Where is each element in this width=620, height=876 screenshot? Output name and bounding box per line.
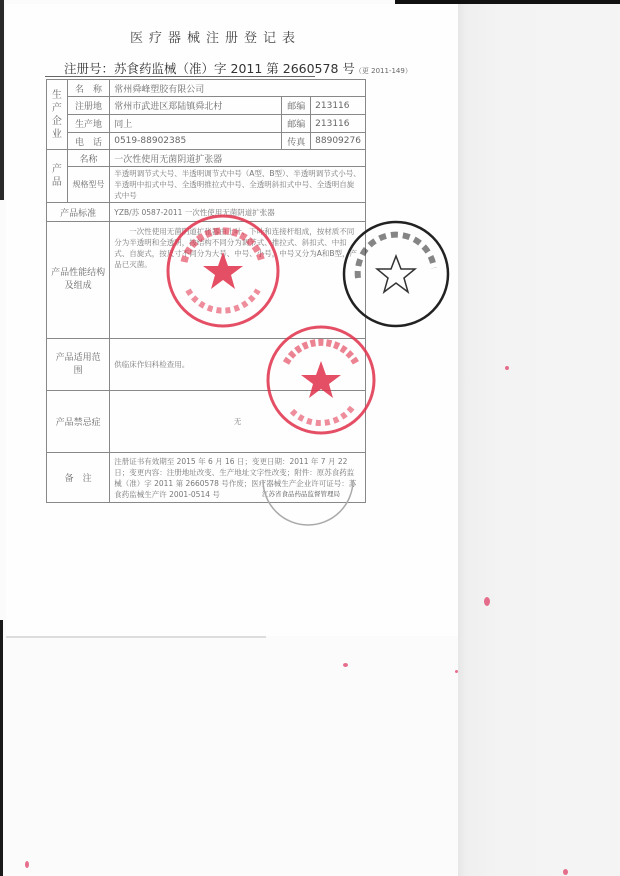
scope-value: 供临床作妇科检查用。 (110, 339, 366, 391)
reg-address: 常州市武进区郑陆镇舜北村 (110, 97, 282, 115)
name-label: 名 称 (67, 80, 109, 97)
phone: 0519-88902385 (110, 133, 282, 150)
postcode1: 213116 (311, 97, 366, 115)
registration-table: 生产企业 名 称 常州舜峰塑胶有限公司 注册地 常州市武进区郑陆镇舜北村 邮编 … (46, 79, 366, 503)
product-name: 一次性使用无菌阴道扩张器 (110, 150, 366, 167)
table-row: 产品性能结构及组成 一次性使用无菌阴道扩张器由上叶、下叶和连接杆组成，按材质不同… (47, 222, 366, 339)
table-row: 生产企业 名 称 常州舜峰塑胶有限公司 (47, 80, 366, 97)
ink-speck (563, 869, 568, 875)
table-row: 规格型号 半透明调节式大号、半透明调节式中号（A型、B型）、半透明调节式小号、半… (47, 167, 366, 203)
table-row: 产品适用范 围 供临床作妇科检查用。 (47, 339, 366, 391)
table-row: 产品禁忌症 无 (47, 391, 366, 453)
product-section-label: 产品 (47, 150, 68, 203)
structure-label: 产品性能结构及组成 (47, 222, 110, 339)
ink-speck (455, 670, 458, 673)
scope-label: 产品适用范 围 (47, 339, 110, 391)
table-row: 注册地 常州市武进区郑陆镇舜北村 邮编 213116 (47, 97, 366, 115)
contraindication-label: 产品禁忌症 (47, 391, 110, 453)
registration-note: （更 2011-149） (355, 67, 412, 75)
table-row: 产品 名称 一次性使用无菌阴道扩张器 (47, 150, 366, 167)
manufacturer-section-label: 生产企业 (47, 80, 68, 150)
ink-speck (505, 366, 509, 370)
page-title: 医疗器械注册登记表 (130, 27, 301, 46)
scanner-edge-left (0, 0, 4, 200)
postcode2-label: 邮编 (282, 115, 311, 133)
scanner-edge-left-lower (0, 620, 3, 876)
registration-number: 注册号：苏食药监械（准）字 2011 第 2660578 号（更 2011-14… (64, 59, 412, 77)
postcode2: 213116 (311, 115, 366, 133)
fax-label: 传真 (282, 133, 311, 150)
standard-label: 产品标准 (47, 203, 110, 222)
issuer-name: 江苏省食品药品监督管理局 (262, 489, 340, 498)
registration-value: 苏食药监械（准）字 2011 第 2660578 号 (114, 61, 355, 76)
standard-value: YZB/苏 0587-2011 一次性使用无菌阴道扩张器 (110, 203, 366, 222)
remarks-label: 备 注 (47, 453, 110, 503)
page-edge (6, 636, 266, 638)
registration-label: 注册号： (64, 61, 114, 76)
product-name-label: 名称 (67, 150, 109, 167)
ink-speck (343, 663, 348, 667)
postcode1-label: 邮编 (282, 97, 311, 115)
reg-address-label: 注册地 (67, 97, 109, 115)
prod-address: 同上 (110, 115, 282, 133)
fax: 88909276 (311, 133, 366, 150)
table-row: 产品标准 YZB/苏 0587-2011 一次性使用无菌阴道扩张器 (47, 203, 366, 222)
table-row: 电 话 0519-88902385 传真 88909276 (47, 133, 366, 150)
ink-speck (25, 861, 29, 868)
contraindication-value: 无 (110, 391, 366, 453)
manufacturer-name: 常州舜峰塑胶有限公司 (110, 80, 366, 97)
spec-label: 规格型号 (67, 167, 109, 203)
structure-value: 一次性使用无菌阴道扩张器由上叶、下叶和连接杆组成，按材质不同分为半透明和全透明，… (110, 222, 366, 339)
ink-speck (484, 597, 490, 606)
registration-underline (45, 76, 315, 77)
overlapping-sheet (458, 4, 620, 876)
phone-label: 电 话 (67, 133, 109, 150)
table-row: 生产地 同上 邮编 213116 (47, 115, 366, 133)
spec-value: 半透明调节式大号、半透明调节式中号（A型、B型）、半透明调节式小号、半透明中扣式… (110, 167, 366, 203)
prod-address-label: 生产地 (67, 115, 109, 133)
